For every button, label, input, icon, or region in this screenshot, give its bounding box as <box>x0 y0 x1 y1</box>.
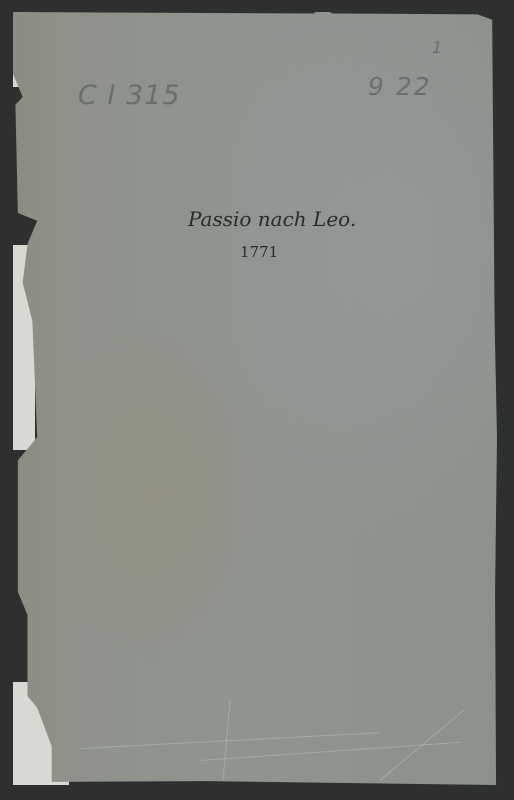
catalog-number: 9 22 <box>368 72 432 101</box>
title: Passio nach Leo. <box>188 207 356 231</box>
year: 1771 <box>240 243 278 261</box>
shelfmark: C I 315 <box>78 80 181 111</box>
document-scan: C I 315 1 9 22 Passio nach Leo. 1771 <box>0 0 514 800</box>
folio-mark: 1 <box>432 38 442 57</box>
cover-sheet <box>13 12 497 785</box>
